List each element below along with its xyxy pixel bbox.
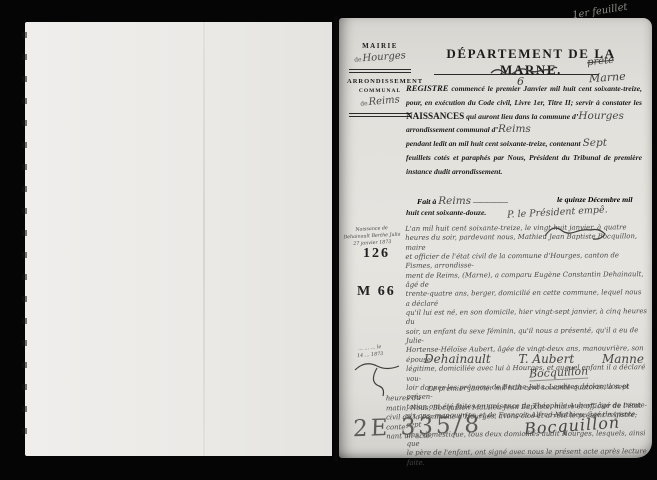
signature-witness1: T. Aubert <box>519 352 575 366</box>
ink-dash: ————— <box>473 197 507 206</box>
registre-word: REGISTRE <box>406 83 449 93</box>
de-particle: de <box>360 100 368 108</box>
fait-label: Fait à <box>417 197 436 206</box>
naissances-word: NAISSANCES <box>406 111 464 121</box>
registre-paragraph: REGISTRE commencé le premier Janvier mil… <box>406 82 642 179</box>
mairie-label: MAIRIE <box>347 42 413 50</box>
witness-signatures: Dehainault T. Aubert Manne <box>424 352 644 366</box>
page-number-annotation: 1er feuillet <box>572 2 629 22</box>
binding-ragged-edge <box>22 32 27 444</box>
arrondissement-handwritten: deReims <box>347 93 414 110</box>
signature-witness2: Manne <box>602 352 644 366</box>
archive-cote: 2E 335/8 <box>353 412 483 443</box>
registre-text: pendant ledit an mil huit cent soixante-… <box>406 139 583 148</box>
ink-scribble <box>489 64 559 78</box>
registre-text: feuillets cotés et paraphés par Nous, Pr… <box>406 153 642 176</box>
arrondissement-value: Reims <box>368 94 400 108</box>
arrondissement-label: ARRONDISSEMENT <box>347 78 413 85</box>
act-number-stamp: 126 <box>363 246 390 262</box>
signature-father: Dehainault <box>424 352 491 366</box>
page-fold-line <box>203 22 205 456</box>
register-title-page: 1er feuillet MAIRIE deHourges ARRONDISSE… <box>339 18 652 458</box>
registre-text: qui auront lieu dans la commune d’ <box>464 112 578 121</box>
scan-canvas: 1er feuillet MAIRIE deHourges ARRONDISSE… <box>0 0 657 480</box>
fait-lieu-handwritten: Reims <box>438 195 471 207</box>
de-particle: de <box>354 56 362 63</box>
left-blank-page <box>25 22 332 456</box>
registre-text: arrondissement communal d’ <box>406 125 498 134</box>
mairie-commune-value: Hourges <box>362 50 406 64</box>
mairie-commune-handwritten: deHourges <box>347 50 414 66</box>
double-rule <box>349 113 411 117</box>
commune-handwritten-fill: Hourges <box>578 110 624 122</box>
fait-date-part2: huit cent soixante-douze. <box>406 208 486 217</box>
margin-signature-flourish <box>347 358 407 398</box>
fait-a-line: Fait à Reims ————— le quinze Décembre mi… <box>417 195 645 207</box>
double-rule <box>349 69 411 73</box>
margin-column: MAIRIE deHourges ARRONDISSEMENT COMMUNAL… <box>347 42 413 122</box>
microfilm-code-stamp: M 66 <box>357 284 396 300</box>
arrondissement-handwritten-fill: Reims <box>498 123 531 135</box>
feuillets-count-handwritten: Sept <box>583 137 607 149</box>
fait-date-part1: le quinze Décembre mil <box>557 195 633 204</box>
